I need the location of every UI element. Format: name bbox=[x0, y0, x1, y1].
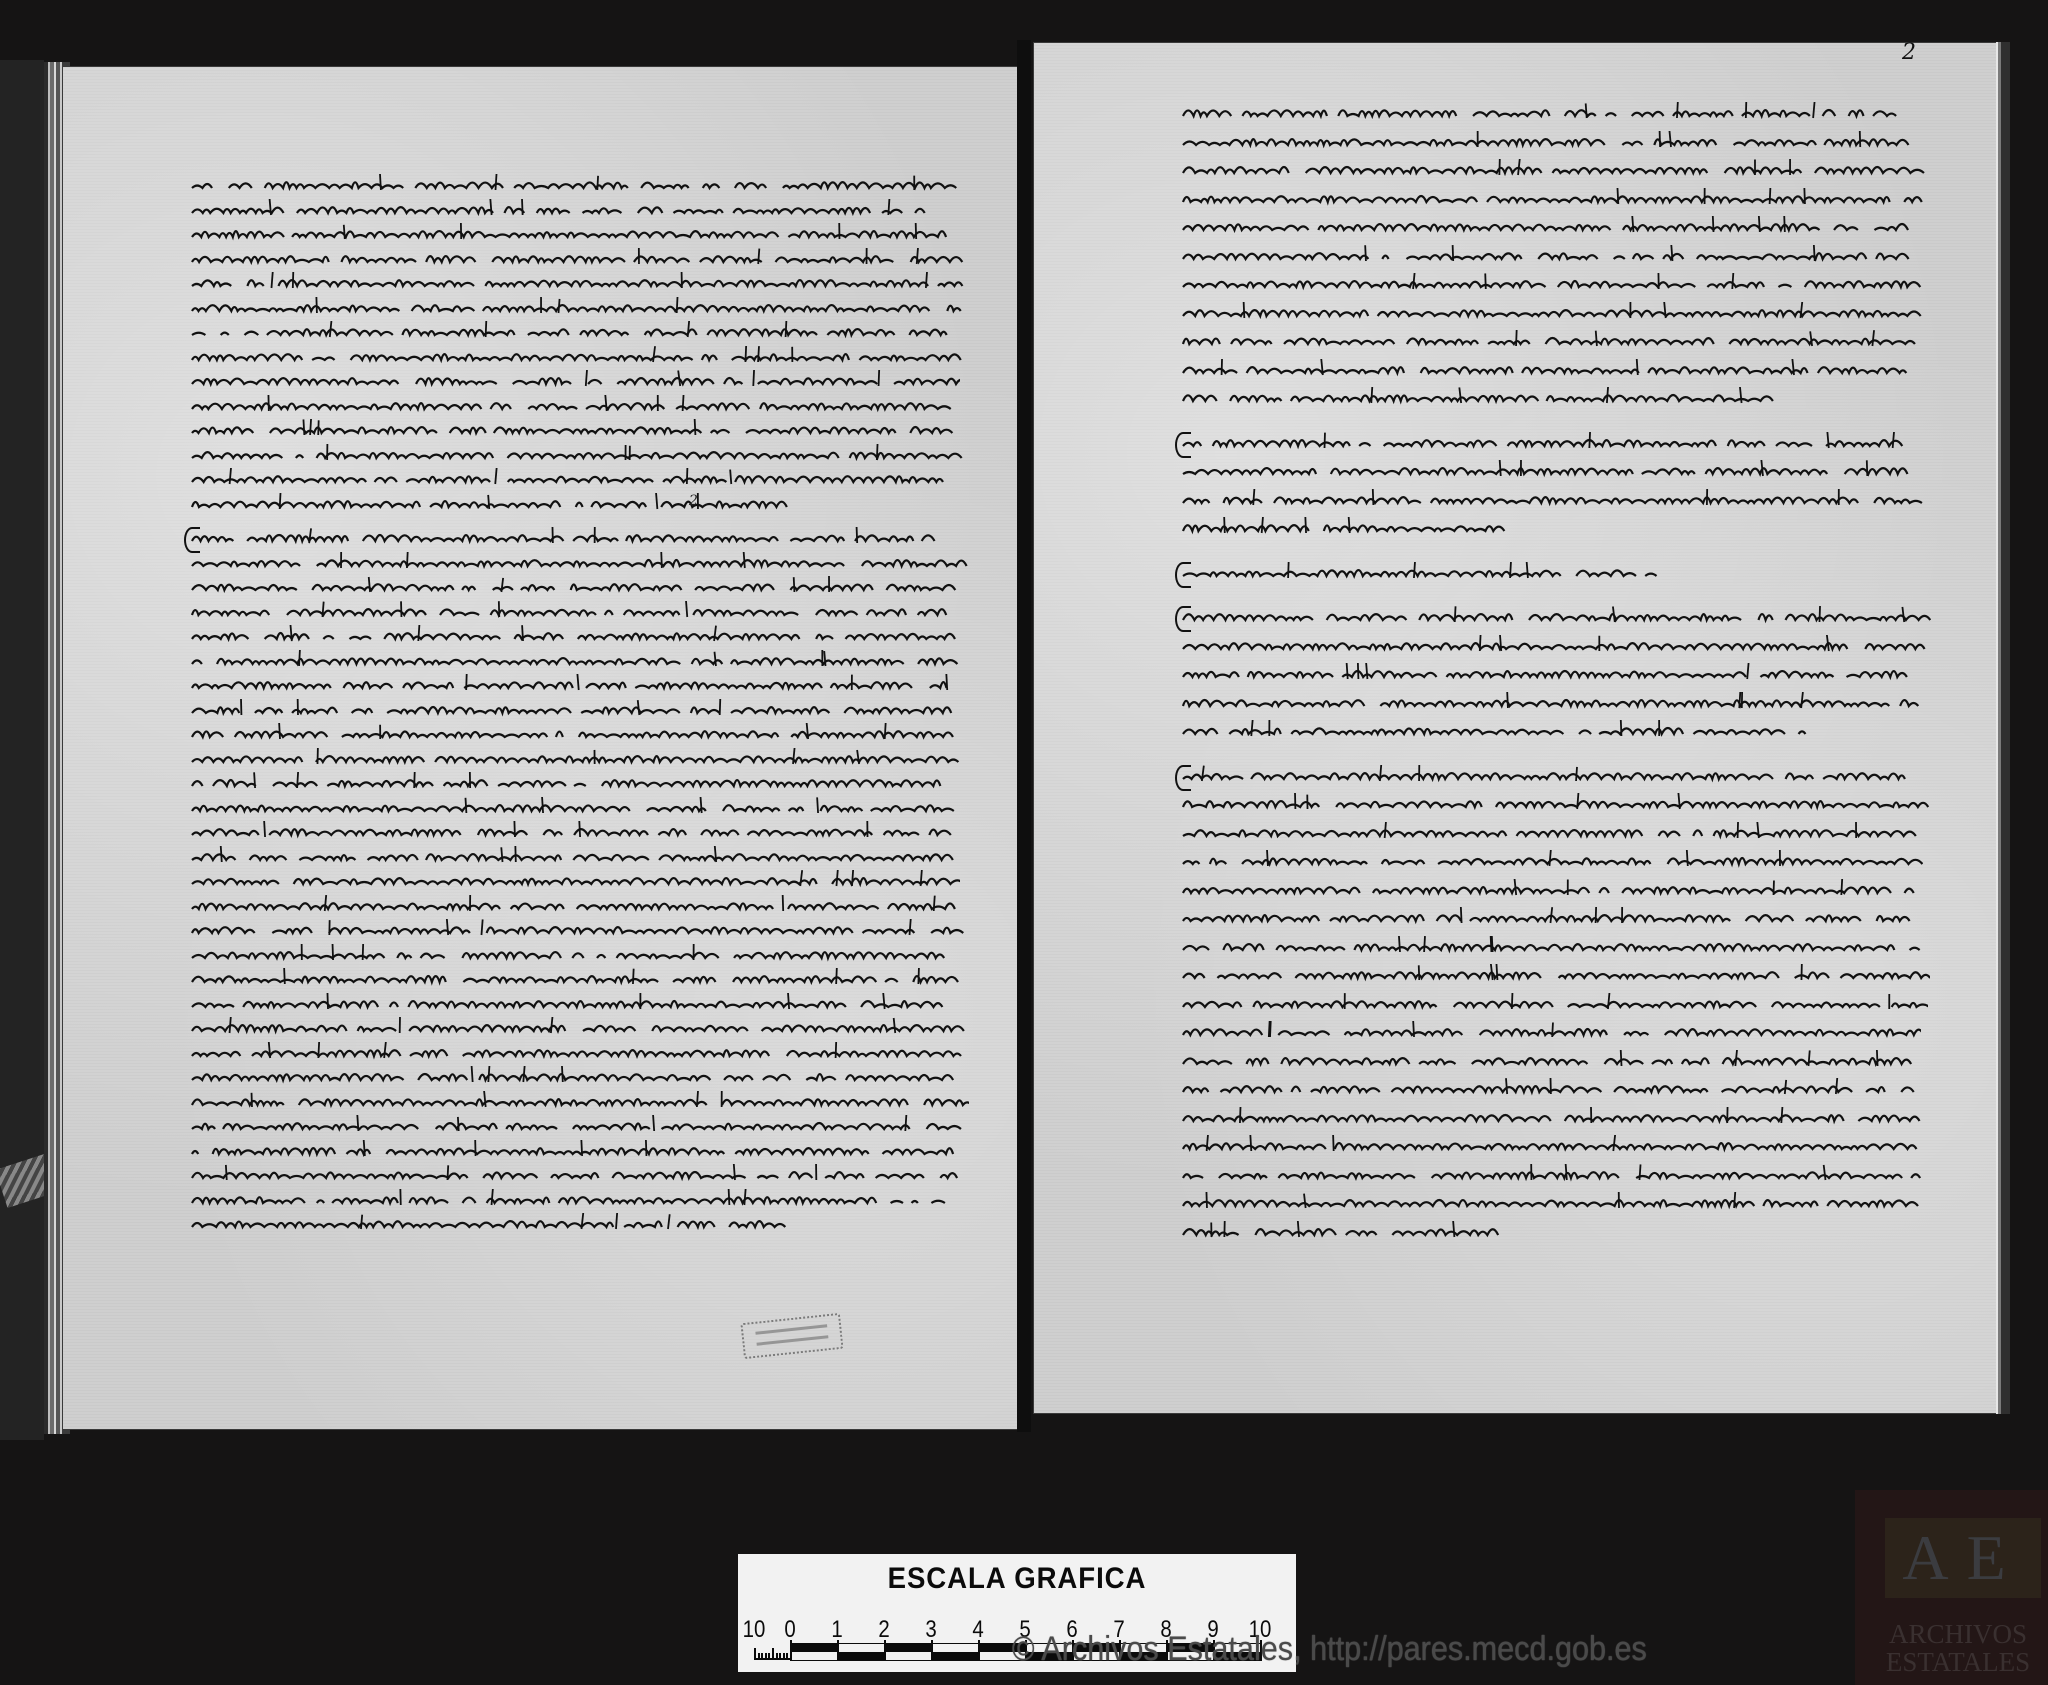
handwritten-line bbox=[1181, 635, 1926, 657]
handwritten-line bbox=[190, 370, 960, 392]
handwritten-line bbox=[1181, 387, 1791, 409]
handwritten-line bbox=[190, 1213, 790, 1235]
handwritten-line bbox=[190, 174, 964, 196]
left-manuscript-page: 2 bbox=[62, 66, 1028, 1430]
handwritten-line bbox=[1181, 517, 1509, 539]
handwritten-line bbox=[190, 493, 798, 515]
logo-line-2: ESTATALES bbox=[1873, 1648, 2043, 1676]
handwritten-line bbox=[190, 1017, 966, 1039]
handwritten-line bbox=[1181, 850, 1923, 872]
handwritten-line bbox=[1181, 936, 1928, 958]
handwritten-line bbox=[1181, 1221, 1501, 1243]
handwritten-line bbox=[1181, 793, 1931, 815]
handwritten-line bbox=[1181, 606, 1931, 628]
handwritten-line bbox=[190, 1189, 967, 1211]
handwritten-line bbox=[190, 1164, 963, 1186]
handwritten-line bbox=[190, 1091, 969, 1113]
handwritten-line bbox=[190, 346, 968, 368]
handwritten-line bbox=[190, 748, 964, 770]
handwritten-line bbox=[190, 1115, 967, 1137]
copyright-watermark: © Archivos Estatales, http://pares.mecd.… bbox=[1012, 1630, 1647, 1669]
handwritten-line bbox=[1181, 1078, 1927, 1100]
book-gutter bbox=[1017, 40, 1031, 1432]
folio-number: 2 bbox=[1902, 40, 1916, 65]
handwritten-line bbox=[190, 723, 961, 745]
handwritten-line bbox=[190, 576, 965, 598]
handwritten-line bbox=[1181, 822, 1920, 844]
handwritten-line bbox=[1181, 188, 1927, 210]
logo-letters: AE bbox=[1885, 1518, 2041, 1598]
handwritten-line bbox=[190, 870, 960, 892]
handwritten-line bbox=[190, 895, 965, 917]
handwritten-line bbox=[190, 821, 962, 843]
handwritten-line bbox=[1181, 330, 1930, 352]
handwritten-line bbox=[1181, 993, 1928, 1015]
handwritten-line bbox=[190, 993, 959, 1015]
handwritten-line bbox=[190, 527, 958, 549]
handwritten-line bbox=[1181, 765, 1924, 787]
handwritten-line bbox=[190, 297, 968, 319]
handwritten-line bbox=[1181, 663, 1927, 685]
handwritten-line bbox=[1181, 1050, 1925, 1072]
scale-bar-title: ESCALA GRAFICA bbox=[760, 1562, 1273, 1596]
right-manuscript-page bbox=[1033, 42, 1999, 1414]
scale-baseline bbox=[754, 1658, 790, 1660]
logo-text: ARCHIVOS ESTATALES bbox=[1873, 1620, 2043, 1676]
paragraph-mark-icon bbox=[1175, 432, 1191, 458]
paragraph-mark-icon bbox=[1175, 765, 1191, 791]
handwritten-line bbox=[1181, 964, 1930, 986]
handwritten-line bbox=[190, 223, 960, 245]
handwritten-line bbox=[190, 699, 965, 721]
handwritten-line bbox=[190, 468, 966, 490]
handwritten-line bbox=[190, 650, 961, 672]
handwritten-line bbox=[1181, 879, 1922, 901]
handwritten-line bbox=[190, 552, 968, 574]
handwritten-line bbox=[190, 674, 969, 696]
handwritten-line bbox=[1181, 131, 1919, 153]
handwritten-line bbox=[1181, 720, 1831, 742]
handwritten-line bbox=[1181, 159, 1928, 181]
handwritten-line bbox=[190, 968, 962, 990]
handwritten-line bbox=[1181, 1164, 1922, 1186]
handwritten-line bbox=[1181, 562, 1661, 584]
handwritten-line bbox=[190, 846, 966, 868]
scale-segment bbox=[931, 1652, 978, 1660]
handwritten-line bbox=[1181, 102, 1922, 124]
right-page-edge bbox=[1996, 42, 2010, 1414]
handwritten-line bbox=[190, 1066, 963, 1088]
handwritten-line bbox=[190, 272, 969, 294]
handwritten-line bbox=[190, 919, 964, 941]
margin-mark: 2 bbox=[689, 493, 698, 509]
handwritten-line bbox=[1181, 489, 1928, 511]
handwritten-line bbox=[190, 248, 968, 270]
archivos-estatales-logo: AE ARCHIVOS ESTATALES bbox=[1855, 1490, 2048, 1685]
handwritten-line bbox=[1181, 1135, 1930, 1157]
handwritten-line bbox=[1181, 273, 1925, 295]
handwritten-line bbox=[190, 601, 960, 623]
handwritten-line bbox=[1181, 1107, 1921, 1129]
left-cover-edge bbox=[0, 60, 44, 1440]
handwritten-line bbox=[1181, 907, 1931, 929]
handwritten-line bbox=[1181, 302, 1926, 324]
scale-segment bbox=[790, 1644, 837, 1652]
scale-tick-label: 10 bbox=[743, 1616, 766, 1644]
handwritten-line bbox=[1181, 245, 1920, 267]
archive-stamp bbox=[740, 1313, 843, 1359]
handwritten-line bbox=[1181, 359, 1925, 381]
handwritten-line bbox=[190, 321, 966, 343]
paragraph-mark-icon bbox=[1175, 606, 1191, 632]
scale-segment bbox=[837, 1652, 884, 1660]
handwritten-line bbox=[190, 625, 964, 647]
handwritten-line bbox=[190, 797, 960, 819]
logo-line-1: ARCHIVOS bbox=[1873, 1620, 2043, 1648]
handwritten-line bbox=[190, 395, 963, 417]
handwritten-line bbox=[1181, 692, 1923, 714]
handwritten-line bbox=[190, 1042, 967, 1064]
handwritten-line bbox=[190, 199, 959, 221]
handwritten-line bbox=[1181, 460, 1924, 482]
handwritten-line bbox=[190, 444, 964, 466]
handwritten-line bbox=[1181, 432, 1924, 454]
handwritten-line bbox=[1181, 216, 1920, 238]
handwritten-line bbox=[190, 419, 962, 441]
handwritten-line bbox=[190, 1140, 959, 1162]
handwritten-line bbox=[1181, 1192, 1929, 1214]
handwritten-line bbox=[190, 772, 960, 794]
paragraph-mark-icon bbox=[184, 527, 200, 553]
scale-segment bbox=[884, 1644, 931, 1652]
handwritten-line bbox=[1181, 1021, 1921, 1043]
handwritten-line bbox=[190, 944, 958, 966]
paragraph-mark-icon bbox=[1175, 562, 1191, 588]
